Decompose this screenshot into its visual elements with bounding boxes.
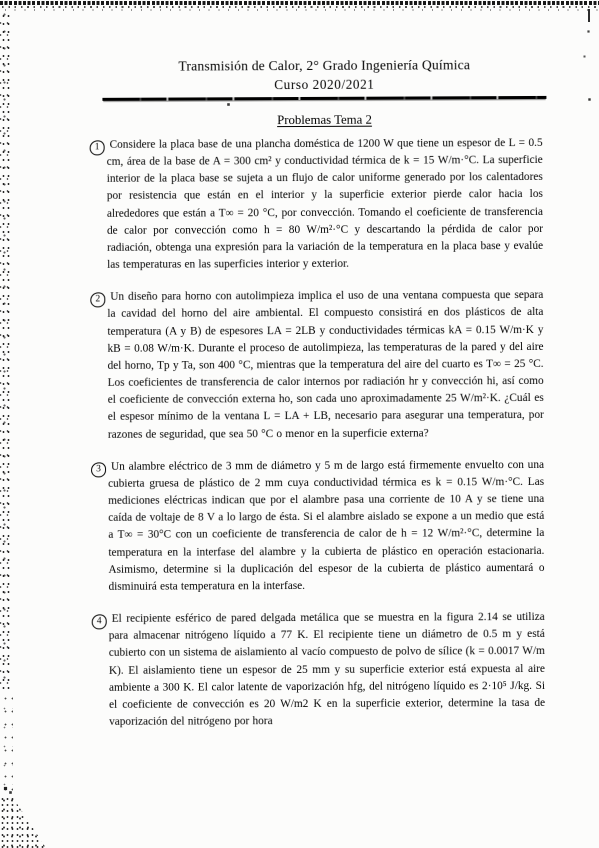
problem-4: 4El recipiente esférico de pared delgada… (109, 609, 546, 731)
problem-1-text: Considere la placa base de una plancha d… (107, 137, 543, 271)
problem-4-text: El recipiente esférico de pared delgada … (109, 611, 545, 728)
section-title: Problemas Tema 2 (277, 113, 372, 127)
problem-3: 3Un alambre eléctrico de 3 mm de diámetr… (108, 457, 545, 596)
problem-2-text: Un diseño para horno con autolimpieza im… (107, 289, 543, 440)
section-heading: Problemas Tema 2 (106, 112, 542, 129)
document-body: Transmisión de Calor, 2° Grado Ingenierí… (0, 0, 599, 848)
problem-3-number-badge: 3 (91, 462, 106, 477)
problem-1-number-badge: 1 (90, 140, 105, 155)
problem-3-text: Un alambre eléctrico de 3 mm de diámetro… (108, 459, 544, 593)
problem-4-number-badge: 4 (92, 615, 107, 630)
problem-2: 2Un diseño para horno con autolimpieza i… (107, 287, 544, 443)
problem-2-number-badge: 2 (90, 293, 105, 308)
problem-1: 1Considere la placa base de una plancha … (107, 135, 544, 274)
course-title: Transmisión de Calor, 2° Grado Ingenierí… (106, 56, 542, 76)
course-year: Curso 2020/2021 (106, 74, 542, 94)
scanned-document-page: Transmisión de Calor, 2° Grado Ingenierí… (0, 0, 599, 848)
header-rule (102, 95, 546, 100)
